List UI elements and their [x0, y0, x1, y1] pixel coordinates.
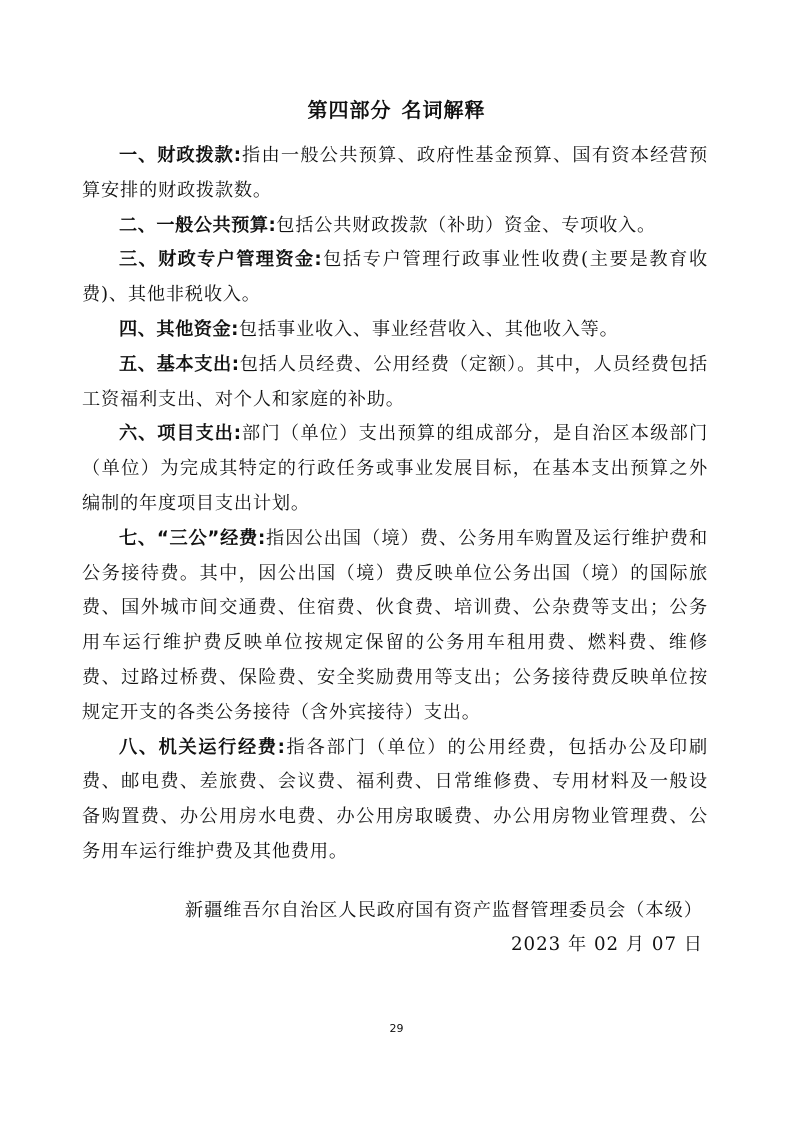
definition-term: 七、“三公”经费:: [119, 528, 266, 549]
definition-term: 五、基本支出:: [119, 354, 240, 375]
definition-item: 三、财政专户管理资金:包括专户管理行政事业性收费(主要是教育收费)、其他非税收入…: [82, 243, 708, 313]
section-title-name: 名词解释: [402, 98, 486, 122]
definition-item: 五、基本支出:包括人员经费、公用经费（定额）。其中，人员经费包括工资福利支出、对…: [82, 348, 708, 418]
signature-date: 2023 年 02 月 07 日: [511, 930, 703, 956]
definition-text: 指因公出国（境）费、公务用车购置及运行维护费和公务接待费。其中，因公出国（境）费…: [82, 528, 708, 723]
definition-term: 二、一般公共预算:: [119, 215, 276, 236]
signature-organization: 新疆维吾尔自治区人民政府国有资产监督管理委员会（本级）: [185, 896, 703, 922]
definition-item: 六、项目支出:部门（单位）支出预算的组成部分，是自治区本级部门（单位）为完成其特…: [82, 417, 708, 521]
document-page: 第四部分名词解释 一、财政拨款:指由一般公共预算、政府性基金预算、国有资本经营预…: [0, 0, 793, 1122]
definitions-list: 一、财政拨款:指由一般公共预算、政府性基金预算、国有资本经营预算安排的财政拨款数…: [82, 139, 708, 870]
page-number: 29: [0, 1022, 793, 1035]
definition-term: 六、项目支出:: [119, 423, 242, 444]
definition-term: 八、机关运行经费:: [119, 737, 285, 758]
definition-item: 七、“三公”经费:指因公出国（境）费、公务用车购置及运行维护费和公务接待费。其中…: [82, 522, 708, 731]
section-title-part: 第四部分: [308, 98, 392, 122]
definition-item: 四、其他资金:包括事业收入、事业经营收入、其他收入等。: [82, 313, 708, 348]
section-title: 第四部分名词解释: [0, 94, 793, 123]
definition-item: 二、一般公共预算:包括公共财政拨款（补助）资金、专项收入。: [82, 209, 708, 244]
definition-item: 八、机关运行经费:指各部门（单位）的公用经费，包括办公及印刷费、邮电费、差旅费、…: [82, 731, 708, 870]
definition-item: 一、财政拨款:指由一般公共预算、政府性基金预算、国有资本经营预算安排的财政拨款数…: [82, 139, 708, 209]
definition-term: 三、财政专户管理资金:: [119, 249, 322, 270]
definition-text: 包括公共财政拨款（补助）资金、专项收入。: [276, 215, 656, 236]
definition-term: 四、其他资金:: [119, 319, 239, 340]
definition-text: 包括事业收入、事业经营收入、其他收入等。: [239, 319, 619, 340]
definition-term: 一、财政拨款:: [119, 145, 242, 166]
